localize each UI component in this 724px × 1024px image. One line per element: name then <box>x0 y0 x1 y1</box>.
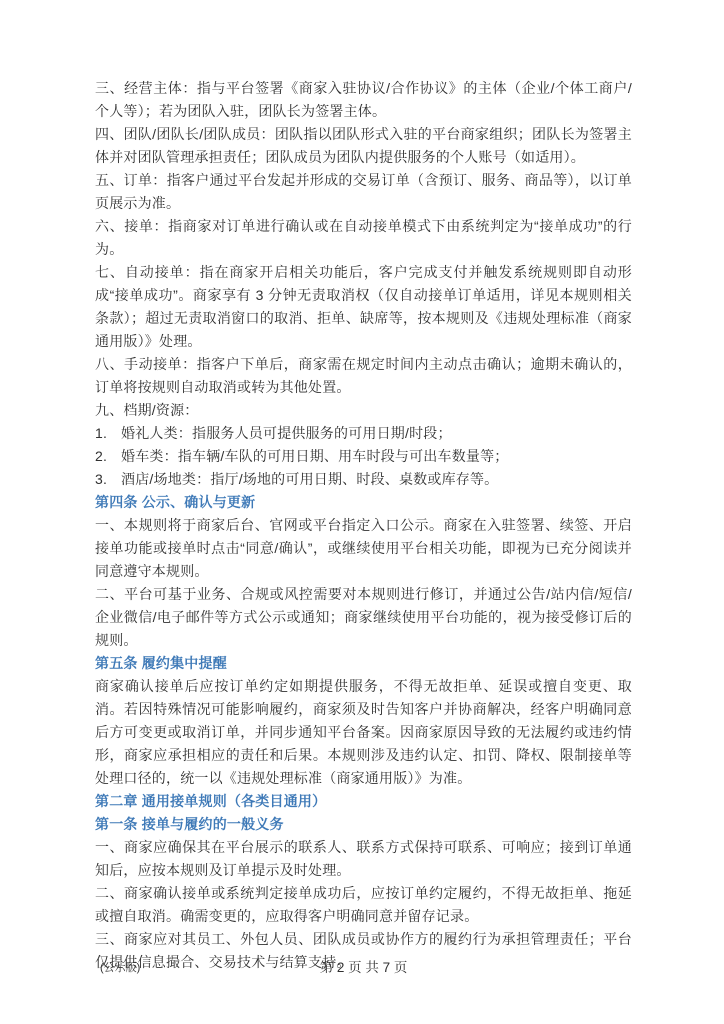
paragraph-article4-item2: 二、平台可基于业务、合规或风控需要对本规则进行修订，并通过公告/站内信/短信/企… <box>95 583 632 652</box>
list-item-wedding-staff: 1. 婚礼人类：指服务人员可提供服务的可用日期/时段； <box>95 422 632 445</box>
list-item-number: 3. <box>95 468 121 491</box>
document-page: 三、经营主体：指与平台签署《商家入驻协议/合作协议》的主体（企业/个体工商户/个… <box>0 0 724 1024</box>
section-heading-chapter2-article-1: 第一条 接单与履约的一般义务 <box>95 813 632 836</box>
list-item-number: 1. <box>95 422 121 445</box>
page-footer: (公示版) 第 2 页 共 7 页 <box>95 956 632 976</box>
section-heading-article-4: 第四条 公示、确认与更新 <box>95 491 632 514</box>
list-item-hotel-venue: 3. 酒店/场地类：指厅/场地的可用日期、时段、桌数或库存等。 <box>95 468 632 491</box>
paragraph-definition-order: 五、订单：指客户通过平台发起并形成的交易订单（含预订、服务、商品等），以订单页展… <box>95 169 632 215</box>
paragraph-definition-business-entity: 三、经营主体：指与平台签署《商家入驻协议/合作协议》的主体（企业/个体工商户/个… <box>95 77 632 123</box>
list-item-text: 婚车类：指车辆/车队的可用日期、用车时段与可出车数量等； <box>121 445 632 468</box>
resource-type-list: 1. 婚礼人类：指服务人员可提供服务的可用日期/时段； 2. 婚车类：指车辆/车… <box>95 422 632 491</box>
paragraph-article4-item1: 一、本规则将于商家后台、官网或平台指定入口公示。商家在入驻签署、续签、开启接单功… <box>95 514 632 583</box>
chapter-heading-2: 第二章 通用接单规则（各类目通用） <box>95 790 632 813</box>
paragraph-article5-body: 商家确认接单后应按订单约定如期提供服务，不得无故拒单、延误或擅自变更、取消。若因… <box>95 675 632 790</box>
paragraph-definition-schedule-resources: 九、档期/资源： <box>95 399 632 422</box>
list-item-text: 酒店/场地类：指厅/场地的可用日期、时段、桌数或库存等。 <box>121 468 632 491</box>
list-item-wedding-car: 2. 婚车类：指车辆/车队的可用日期、用车时段与可出车数量等； <box>95 445 632 468</box>
document-body: 三、经营主体：指与平台签署《商家入驻协议/合作协议》的主体（企业/个体工商户/个… <box>95 77 632 974</box>
paragraph-ch2-article1-item2: 二、商家确认接单或系统判定接单成功后，应按订单约定履约，不得无故拒单、拖延或擅自… <box>95 882 632 928</box>
paragraph-definition-order-acceptance: 六、接单：指商家对订单进行确认或在自动接单模式下由系统判定为“接单成功”的行为。 <box>95 215 632 261</box>
list-item-number: 2. <box>95 445 121 468</box>
paragraph-definition-manual-acceptance: 八、手动接单：指客户下单后，商家需在规定时间内主动点击确认；逾期未确认的，订单将… <box>95 353 632 399</box>
section-heading-article-5: 第五条 履约集中提醒 <box>95 652 632 675</box>
paragraph-ch2-article1-item1: 一、商家应确保其在平台展示的联系人、联系方式保持可联系、可响应；接到订单通知后，… <box>95 836 632 882</box>
paragraph-definition-team: 四、团队/团队长/团队成员：团队指以团队形式入驻的平台商家组织；团队长为签署主体… <box>95 123 632 169</box>
list-item-text: 婚礼人类：指服务人员可提供服务的可用日期/时段； <box>121 422 632 445</box>
paragraph-definition-auto-acceptance: 七、自动接单：指在商家开启相关功能后，客户完成支付并触发系统规则即自动形成“接单… <box>95 261 632 353</box>
footer-page-number: 第 2 页 共 7 页 <box>95 956 632 976</box>
